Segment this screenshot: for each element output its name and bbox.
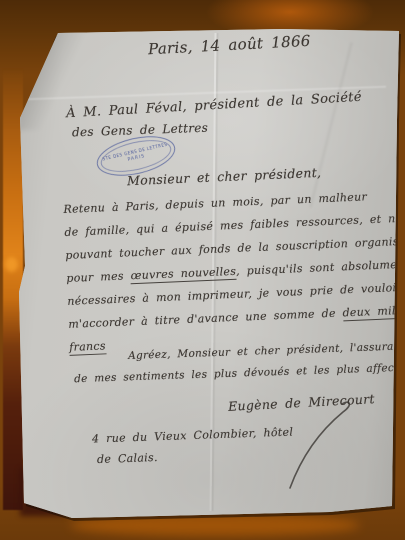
sender-address-line: 4 rue du Vieux Colombier, hôtel: [92, 425, 294, 445]
dateline: Paris, 14 août 1866: [148, 32, 311, 58]
salutation: Monsieur et cher président,: [127, 165, 322, 188]
sender-address-line: de Calais.: [97, 451, 158, 466]
letter-body: Retenu à Paris, depuis un mois, par un m…: [63, 183, 405, 359]
orange-highlight-spot: [5, 257, 18, 272]
letter-photo: Paris, 14 août 1866 À M. Paul Féval, pré…: [0, 0, 405, 540]
signature-flourish: [278, 398, 358, 493]
paper-crease: [309, 42, 352, 207]
paper-sheet: Paris, 14 août 1866 À M. Paul Féval, pré…: [0, 0, 405, 540]
closing-line: de mes sentiments les plus dévoués et le…: [74, 361, 405, 385]
